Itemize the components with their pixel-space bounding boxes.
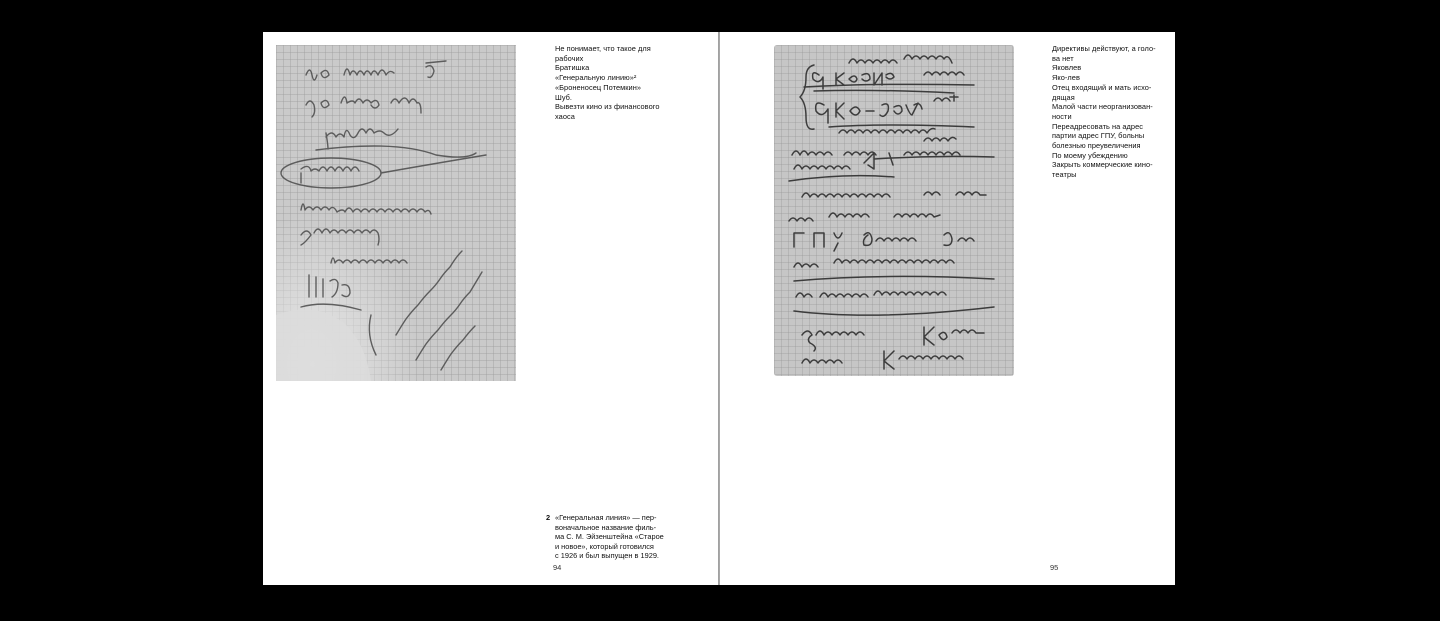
transcription-line: Яко-лев — [1052, 73, 1164, 83]
transcription-line: Яковлев — [1052, 63, 1164, 73]
transcription-line: «Броненосец Потемкин» — [555, 83, 673, 93]
transcription-line: театры — [1052, 170, 1164, 180]
transcription-left: Не понимает, что такое для рабочих Брати… — [555, 44, 673, 122]
transcription-line: По моему убеждению — [1052, 151, 1164, 161]
transcription-line: рабочих — [555, 54, 673, 64]
manuscript-scan-right — [774, 45, 1014, 376]
page-number-left: 94 — [553, 563, 561, 572]
transcription-line: Вывезти кино из финансового — [555, 102, 673, 112]
left-page: Не понимает, что такое для рабочих Брати… — [263, 32, 718, 585]
transcription-line: Братишка — [555, 63, 673, 73]
handwriting-strokes-left — [276, 45, 516, 381]
transcription-line: ности — [1052, 112, 1164, 122]
handwriting-strokes-right — [774, 45, 1014, 376]
footnote-line: и новое», который готовился — [555, 542, 675, 552]
transcription-line: партии адрес ГПУ, больны — [1052, 131, 1164, 141]
footnote-number: 2 — [546, 513, 550, 523]
transcription-line: Шуб. — [555, 93, 673, 103]
transcription-line: Отец входящий и мать исхо- — [1052, 83, 1164, 93]
footnote-line: с 1926 и был выпущен в 1929. — [555, 551, 675, 561]
transcription-line: Малой части неорганизован- — [1052, 102, 1164, 112]
page-number-right: 95 — [1050, 563, 1058, 572]
transcription-line: дящая — [1052, 93, 1164, 103]
footnote-text: «Генеральная линия» — пер- воначальное н… — [555, 513, 675, 561]
transcription-line: Не понимает, что такое для — [555, 44, 673, 54]
transcription-line: Переадресовать на адрес — [1052, 122, 1164, 132]
transcription-line: ва нет — [1052, 54, 1164, 64]
footnote-line: «Генеральная линия» — пер- — [555, 513, 675, 523]
book-spread: Не понимает, что такое для рабочих Брати… — [263, 32, 1175, 585]
manuscript-scan-left — [276, 45, 516, 381]
footnote-line: ма С. М. Эйзенштейна «Старое — [555, 532, 675, 542]
transcription-line: Закрыть коммерческие кино- — [1052, 160, 1164, 170]
transcription-right: Директивы действуют, а голо- ва нет Яков… — [1052, 44, 1164, 180]
footnote-line: воначальное название филь- — [555, 523, 675, 533]
transcription-line: хаоса — [555, 112, 673, 122]
transcription-line: Директивы действуют, а голо- — [1052, 44, 1164, 54]
transcription-line: «Генеральную линию»² — [555, 73, 673, 83]
right-page: Директивы действуют, а голо- ва нет Яков… — [719, 32, 1175, 585]
transcription-line: болезнью преувеличения — [1052, 141, 1164, 151]
